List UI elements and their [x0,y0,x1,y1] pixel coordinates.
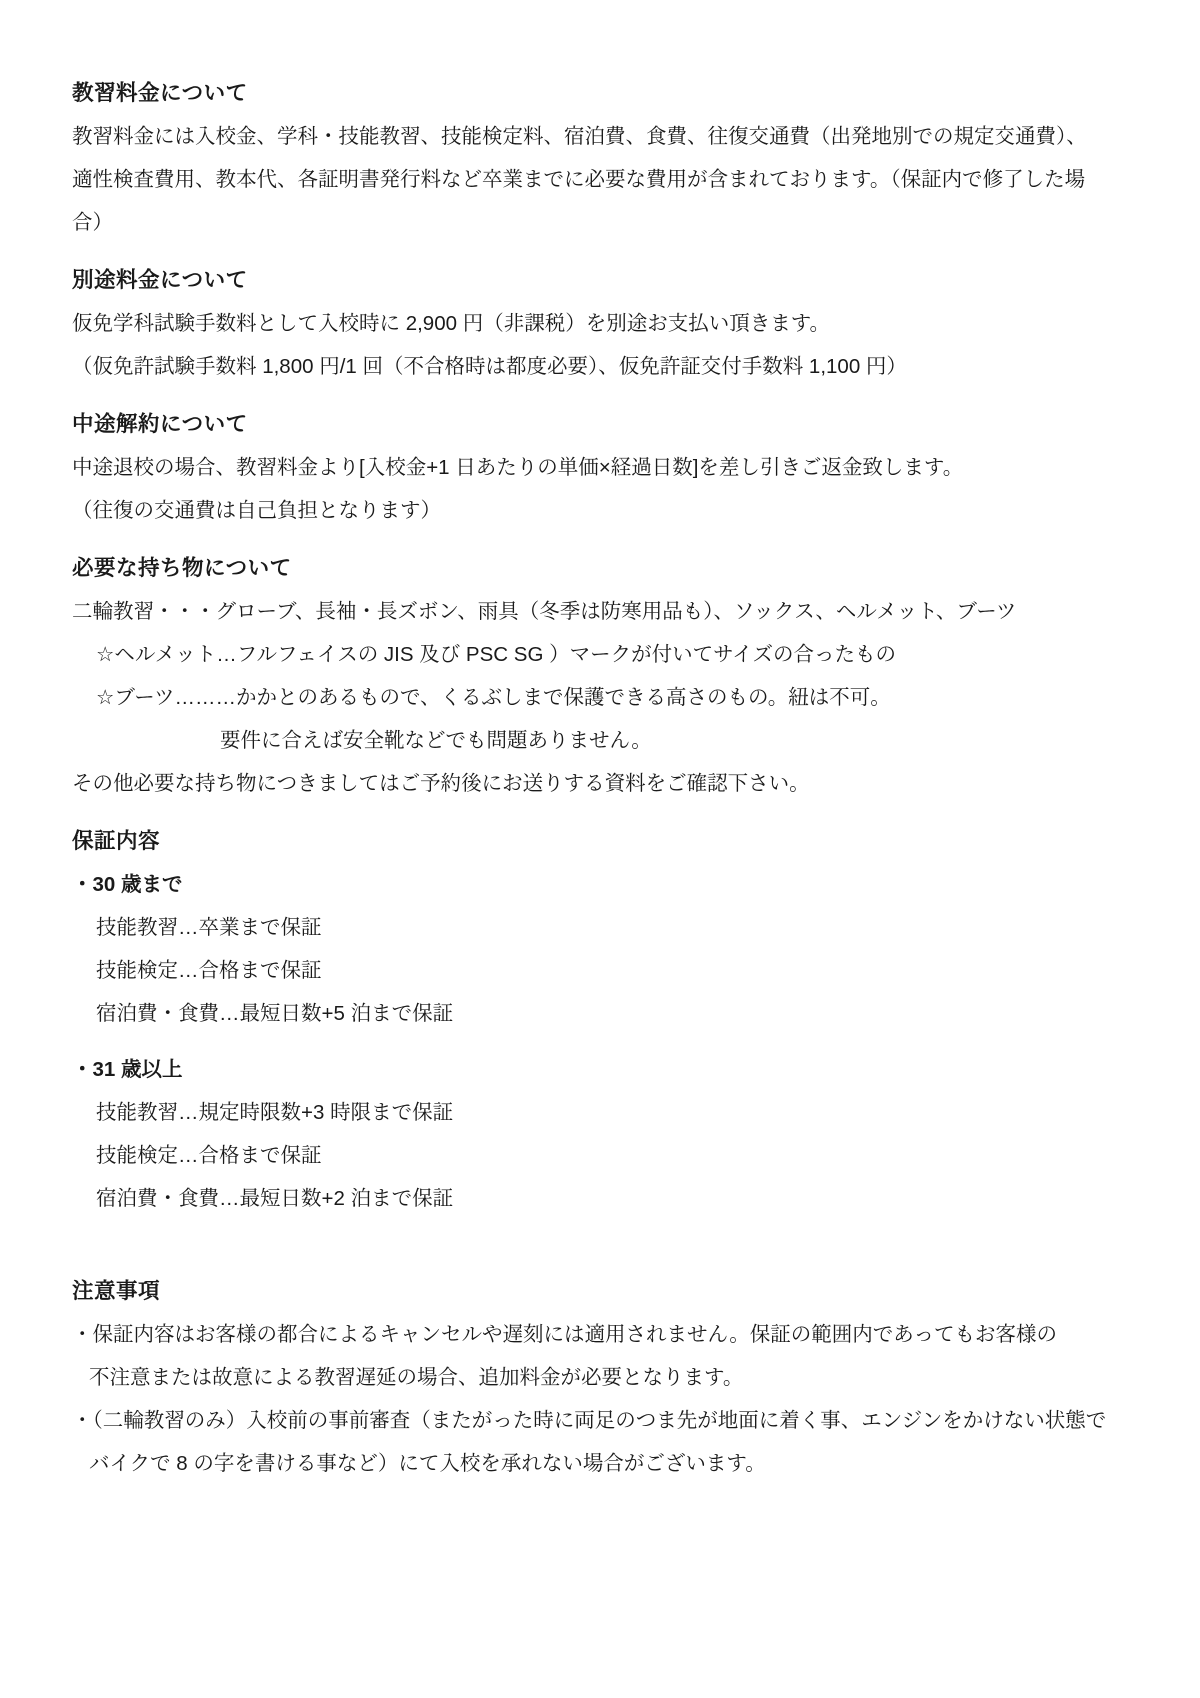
text-line-helmet-note: ☆ヘルメット…フルフェイスの JIS 及び PSC SG ）マークが付いてサイズ… [72,633,1130,676]
section-cancellation: 中途解約について 中途退校の場合、教習料金より[入校金+1 日あたりの単価×経過… [72,403,1130,532]
section-heading-cancellation: 中途解約について [72,403,1130,446]
section-heading-guarantee: 保証内容 [72,820,1130,863]
text-line: 技能検定…合格まで保証 [72,949,1130,992]
text-line: （仮免許試験手数料 1,800 円/1 回（不合格時は都度必要）、仮免許証交付手… [72,345,1130,388]
text-line: 宿泊費・食費…最短日数+2 泊まで保証 [72,1177,1130,1220]
text-line: （往復の交通費は自己負担となります） [72,489,1130,532]
text-line: 宿泊費・食費…最短日数+5 泊まで保証 [72,992,1130,1035]
guarantee-age-subheading-under-30: ・30 歳まで [72,863,1130,906]
note-bullet-line: ・（二輪教習のみ）入校前の事前審査（またがった時に両足のつま先が地面に着く事、エ… [72,1399,1130,1442]
text-line: 技能教習…規定時限数+3 時限まで保証 [72,1091,1130,1134]
note-continuation-line: バイクで 8 の字を書ける事など）にて入校を承れない場合がございます。 [72,1442,1130,1485]
text-line-boots-note: ☆ブーツ………かかとのあるもので、くるぶしまで保護できる高さのもの。紐は不可。 [72,676,1130,719]
section-notes: 注意事項 ・保証内容はお客様の都合によるキャンセルや遅刻には適用されません。保証… [72,1270,1130,1485]
text-line: 要件に合えば安全靴などでも問題ありません。 [72,719,1130,762]
section-heading-required-items: 必要な持ち物について [72,547,1130,590]
text-line: 技能検定…合格まで保証 [72,1134,1130,1177]
text-line: 二輪教習・・・グローブ、長袖・長ズボン、雨具（冬季は防寒用品も）、ソックス、ヘル… [72,590,1130,633]
text-line: その他必要な持ち物につきましてはご予約後にお送りする資料をご確認下さい。 [72,762,1130,805]
text-line: 合） [72,201,1130,244]
text-line: 仮免学科試験手数料として入校時に 2,900 円（非課税）を別途お支払い頂きます… [72,302,1130,345]
note-bullet-line: ・保証内容はお客様の都合によるキャンセルや遅刻には適用されません。保証の範囲内で… [72,1313,1130,1356]
section-extra-fees: 別途料金について 仮免学科試験手数料として入校時に 2,900 円（非課税）を別… [72,259,1130,388]
guarantee-age-subheading-over-31: ・31 歳以上 [72,1048,1130,1091]
text-line: 教習料金には入校金、学科・技能教習、技能検定料、宿泊費、食費、往復交通費（出発地… [72,115,1130,158]
note-continuation-line: 不注意または故意による教習遅延の場合、追加料金が必要となります。 [72,1356,1130,1399]
document-page: 教習料金について 教習料金には入校金、学科・技能教習、技能検定料、宿泊費、食費、… [0,0,1200,1698]
text-line: 技能教習…卒業まで保証 [72,906,1130,949]
section-required-items: 必要な持ち物について 二輪教習・・・グローブ、長袖・長ズボン、雨具（冬季は防寒用… [72,547,1130,805]
section-heading-tuition-fees: 教習料金について [72,72,1130,115]
section-tuition-fees: 教習料金について 教習料金には入校金、学科・技能教習、技能検定料、宿泊費、食費、… [72,72,1130,244]
section-heading-notes: 注意事項 [72,1270,1130,1313]
section-guarantee: 保証内容 ・30 歳まで 技能教習…卒業まで保証 技能検定…合格まで保証 宿泊費… [72,820,1130,1220]
section-heading-extra-fees: 別途料金について [72,259,1130,302]
text-line: 適性検査費用、教本代、各証明書発行料など卒業までに必要な費用が含まれております。… [72,158,1130,201]
text-line: 中途退校の場合、教習料金より[入校金+1 日あたりの単価×経過日数]を差し引きご… [72,446,1130,489]
